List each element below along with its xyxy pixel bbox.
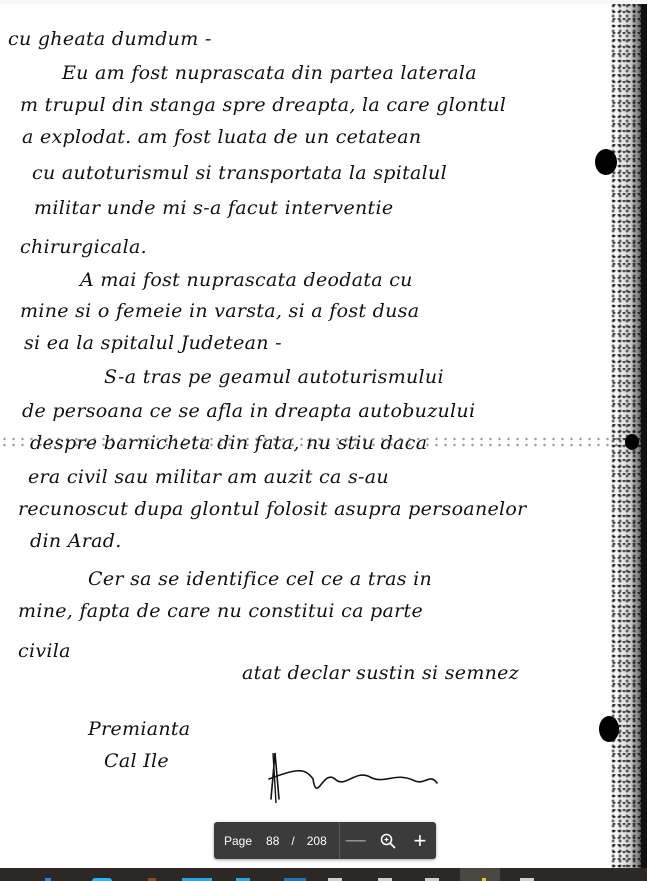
handwritten-text: cu gheata dumdum - Eu am fost nuprascata… [0,4,600,868]
handwritten-line: Cer sa se identifice cel ce a tras in [88,568,432,590]
handwritten-line: de persoana ce se afla in dreapta autobu… [22,400,475,422]
total-pages: 208 [307,834,327,848]
handwritten-line: Premianta [88,718,190,740]
handwritten-line: mine si o femeie in varsta, si a fost du… [20,300,419,322]
minus-icon: — [346,829,366,852]
handwritten-line: A mai fost nuprascata deodata cu [80,269,413,291]
fit-zoom-button[interactable] [372,822,404,859]
signature [265,749,445,809]
zoom-out-button[interactable]: — [340,822,372,859]
handwritten-line: S-a tras pe geamul autoturismului [104,366,444,388]
handwritten-line: m trupul din stanga spre dreapta, la car… [20,94,506,116]
scanned-page: cu gheata dumdum - Eu am fost nuprascata… [0,4,647,868]
handwritten-line: chirurgicala. [20,236,147,258]
current-page-input[interactable]: 88 [266,834,279,848]
page-label: Page [224,834,252,848]
handwritten-line: cu autoturismul si transportata la spita… [32,162,447,184]
handwritten-line: despre barnicheta din fata, nu stiu daca [30,432,427,454]
handwritten-line: a explodat. am fost luata de un cetatean [22,126,421,148]
handwritten-line: era civil sau militar am auzit ca s-au [28,466,389,488]
handwritten-line: mine, fapta de care nu constitui ca part… [18,600,423,622]
handwritten-line: cu gheata dumdum - [8,28,212,50]
handwritten-line: militar unde mi s-a facut interventie [34,197,393,219]
taskbar-active-app[interactable] [460,868,500,881]
handwritten-line: si ea la spitalul Judetean - [24,332,282,354]
handwritten-line: atat declar sustin si semnez [242,662,519,684]
page-separator: / [291,834,294,848]
ink-blot [599,716,619,742]
zoom-in-button[interactable]: + [404,822,436,859]
pdf-toolbar: Page 88 / 208 — + [214,822,436,859]
handwritten-line: din Arad. [30,530,122,552]
handwritten-line: Eu am fost nuprascata din partea lateral… [62,62,477,84]
handwritten-line: recunoscut dupa glontul folosit asupra p… [18,498,527,520]
pdf-viewer: cu gheata dumdum - Eu am fost nuprascata… [0,0,647,868]
plus-icon: + [414,828,427,854]
zoom-magnifier-icon [380,833,396,849]
page-indicator: Page 88 / 208 [214,822,339,859]
taskbar [0,868,647,881]
handwritten-line: civila [18,640,71,662]
handwritten-line: Cal Ile [104,750,169,772]
